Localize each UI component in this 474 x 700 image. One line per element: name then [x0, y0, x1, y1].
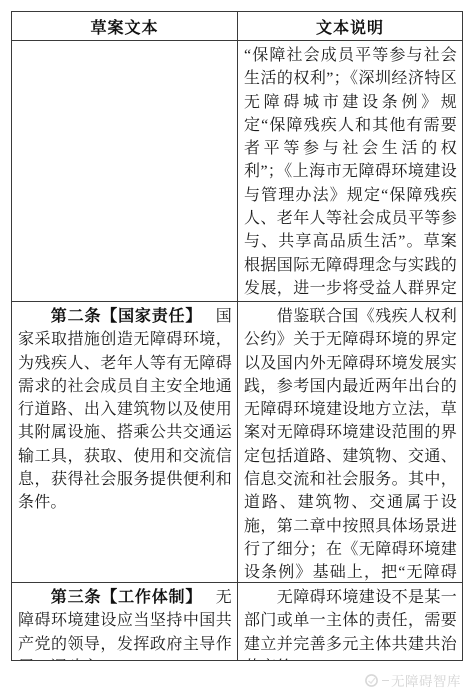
- draft-text-cell: 第三条【工作体制】无障碍环境建设应当坚持中国共产党的领导，发挥政府主导作用，调动…: [12, 583, 238, 661]
- clause-body: 国家采取措施创造无障碍环境，为残疾人、老年人等有无障碍需求的社会成员自主安全地通…: [18, 308, 232, 511]
- explanation-text: “保障社会成员平等参与社会生活的权利”；《深圳经济特区无障碍城市建设条例》规定“…: [244, 47, 457, 301]
- column-header-draft-text: 草案文本: [12, 12, 238, 41]
- comparison-table: 草案文本 文本说明 “保障社会成员平等参与社会生活的权利”；《深圳经济特区无障碍…: [11, 11, 463, 661]
- clause-title: 第三条【工作体制】: [51, 589, 202, 606]
- table-row: 第二条【国家责任】国家采取措施创造无障碍环境，为残疾人、老年人等有无障碍需求的社…: [12, 302, 463, 583]
- explanation-cell: “保障社会成员平等参与社会生活的权利”；《深圳经济特区无障碍城市建设条例》规定“…: [238, 41, 463, 302]
- document-page: 草案文本 文本说明 “保障社会成员平等参与社会生活的权利”；《深圳经济特区无障碍…: [0, 0, 474, 700]
- draft-text-cell: [12, 41, 238, 302]
- watermark-text: 无障碍智库: [391, 670, 461, 690]
- table-header-row: 草案文本 文本说明: [12, 12, 463, 41]
- explanation-cell: 借鉴联合国《残疾人权利公约》关于无障碍环境的界定以及国内外无障碍环境发展实践，参…: [238, 302, 463, 583]
- watermark-logo-icon: [364, 673, 379, 688]
- table-row: “保障社会成员平等参与社会生活的权利”；《深圳经济特区无障碍城市建设条例》规定“…: [12, 41, 463, 302]
- draft-text-cell: 第二条【国家责任】国家采取措施创造无障碍环境，为残疾人、老年人等有无障碍需求的社…: [12, 302, 238, 583]
- explanation-cell: 无障碍环境建设不是某一部门或单一主体的责任，需要建立并完善多元主体共建共治共享的: [238, 583, 463, 661]
- explanation-text: 无障碍环境建设不是某一部门或单一主体的责任，需要建立并完善多元主体共建共治共享的: [244, 589, 457, 660]
- table-row: 第三条【工作体制】无障碍环境建设应当坚持中国共产党的领导，发挥政府主导作用，调动…: [12, 583, 463, 661]
- explanation-text: 借鉴联合国《残疾人权利公约》关于无障碍环境的界定以及国内外无障碍环境发展实践，参…: [244, 308, 457, 582]
- watermark-dash: [382, 680, 389, 681]
- column-header-explanation: 文本说明: [238, 12, 463, 41]
- clause-title: 第二条【国家责任】: [51, 308, 202, 325]
- watermark: 无障碍智库: [364, 670, 461, 690]
